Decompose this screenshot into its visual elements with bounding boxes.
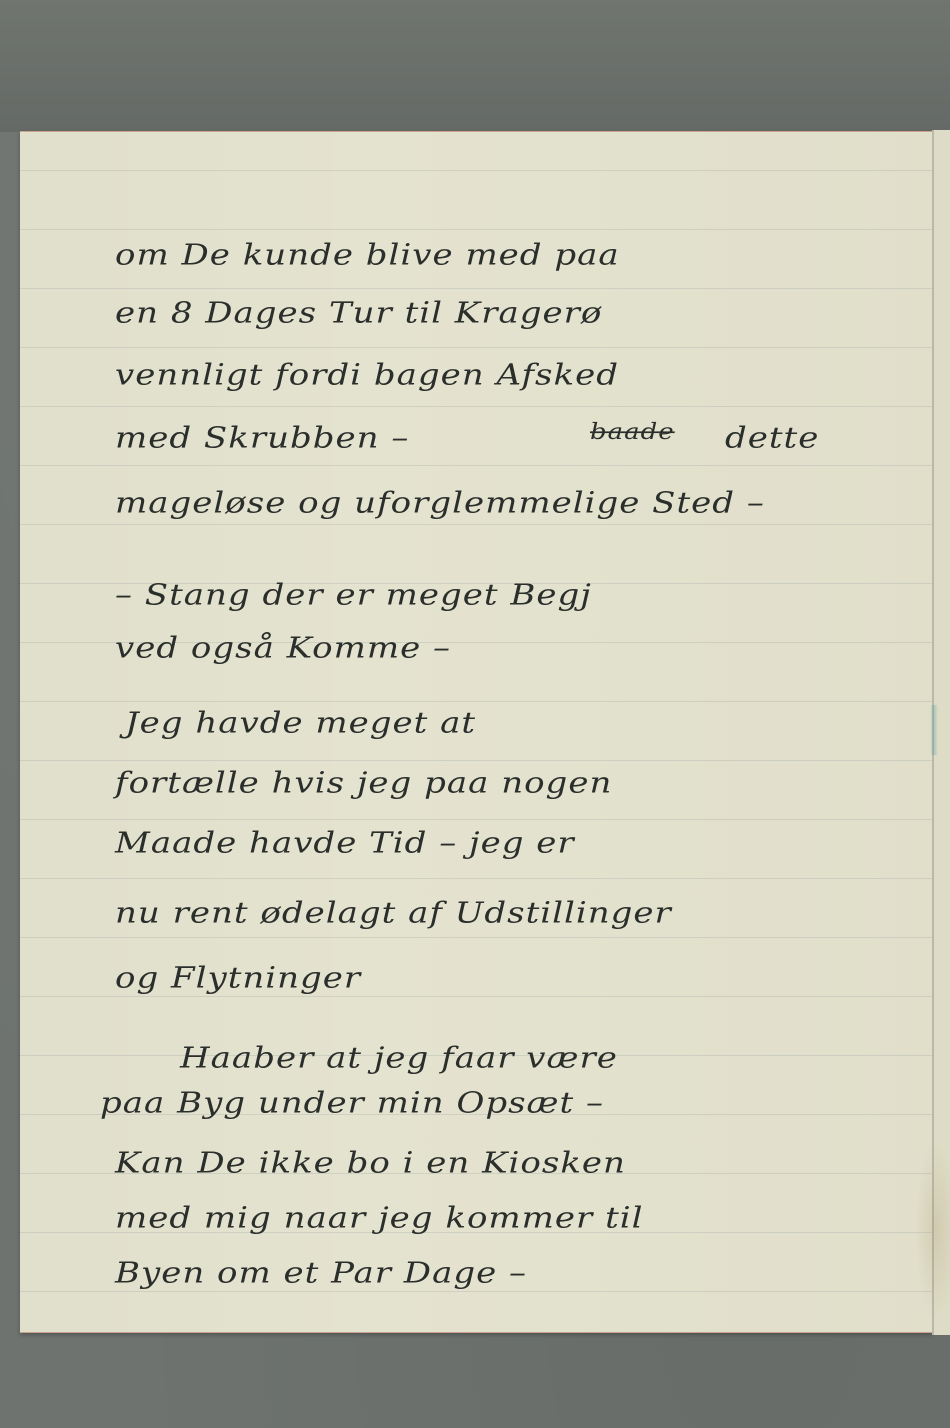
text-line: Haaber at jeg faar være — [180, 1041, 618, 1075]
ruled-line — [20, 878, 932, 879]
text-line: dette — [725, 421, 819, 455]
text-line: nu rent ødelagt af Udstillinger — [115, 896, 672, 930]
text-line: om De kunde blive med paa — [115, 238, 620, 272]
ruled-line — [20, 937, 932, 938]
ruled-line — [20, 819, 932, 820]
text-line: fortælle hvis jeg paa nogen — [115, 766, 612, 800]
ruled-line — [20, 701, 932, 702]
text-line: Kan De ikke bo i en Kiosken — [115, 1146, 626, 1180]
struck-word: baade — [590, 420, 675, 446]
text-line: – Stang der er meget Begj — [115, 578, 592, 612]
text-line: paa Byg under min Opsæt – — [100, 1086, 604, 1120]
text-line: med mig naar jeg kommer til — [115, 1201, 644, 1235]
ruled-line — [20, 406, 932, 407]
text-line: med Skrubben – — [115, 421, 409, 455]
text-line: Byen om et Par Dage – — [115, 1256, 527, 1290]
ruled-line — [20, 1291, 932, 1292]
ruled-line — [20, 996, 932, 997]
text-line: en 8 Dages Tur til Kragerø — [115, 296, 602, 330]
ruled-line — [20, 347, 932, 348]
paper-stain — [915, 1140, 950, 1320]
text-line: Maade havde Tid – jeg er — [115, 826, 575, 860]
background-top — [0, 0, 950, 132]
ruled-line — [20, 229, 932, 230]
ruled-line — [20, 760, 932, 761]
ruled-line — [20, 465, 932, 466]
text-line: Jeg havde meget at — [125, 706, 476, 740]
text-line: og Flytninger — [115, 961, 361, 995]
fold-mark — [930, 705, 938, 755]
ruled-line — [20, 524, 932, 525]
text-line: mageløse og uforglemmelige Sted – — [115, 486, 765, 520]
ruled-line — [20, 288, 932, 289]
ruled-line — [20, 170, 932, 171]
text-line: ved også Komme – — [115, 631, 451, 665]
text-line: vennligt fordi bagen Afsked — [115, 358, 619, 392]
